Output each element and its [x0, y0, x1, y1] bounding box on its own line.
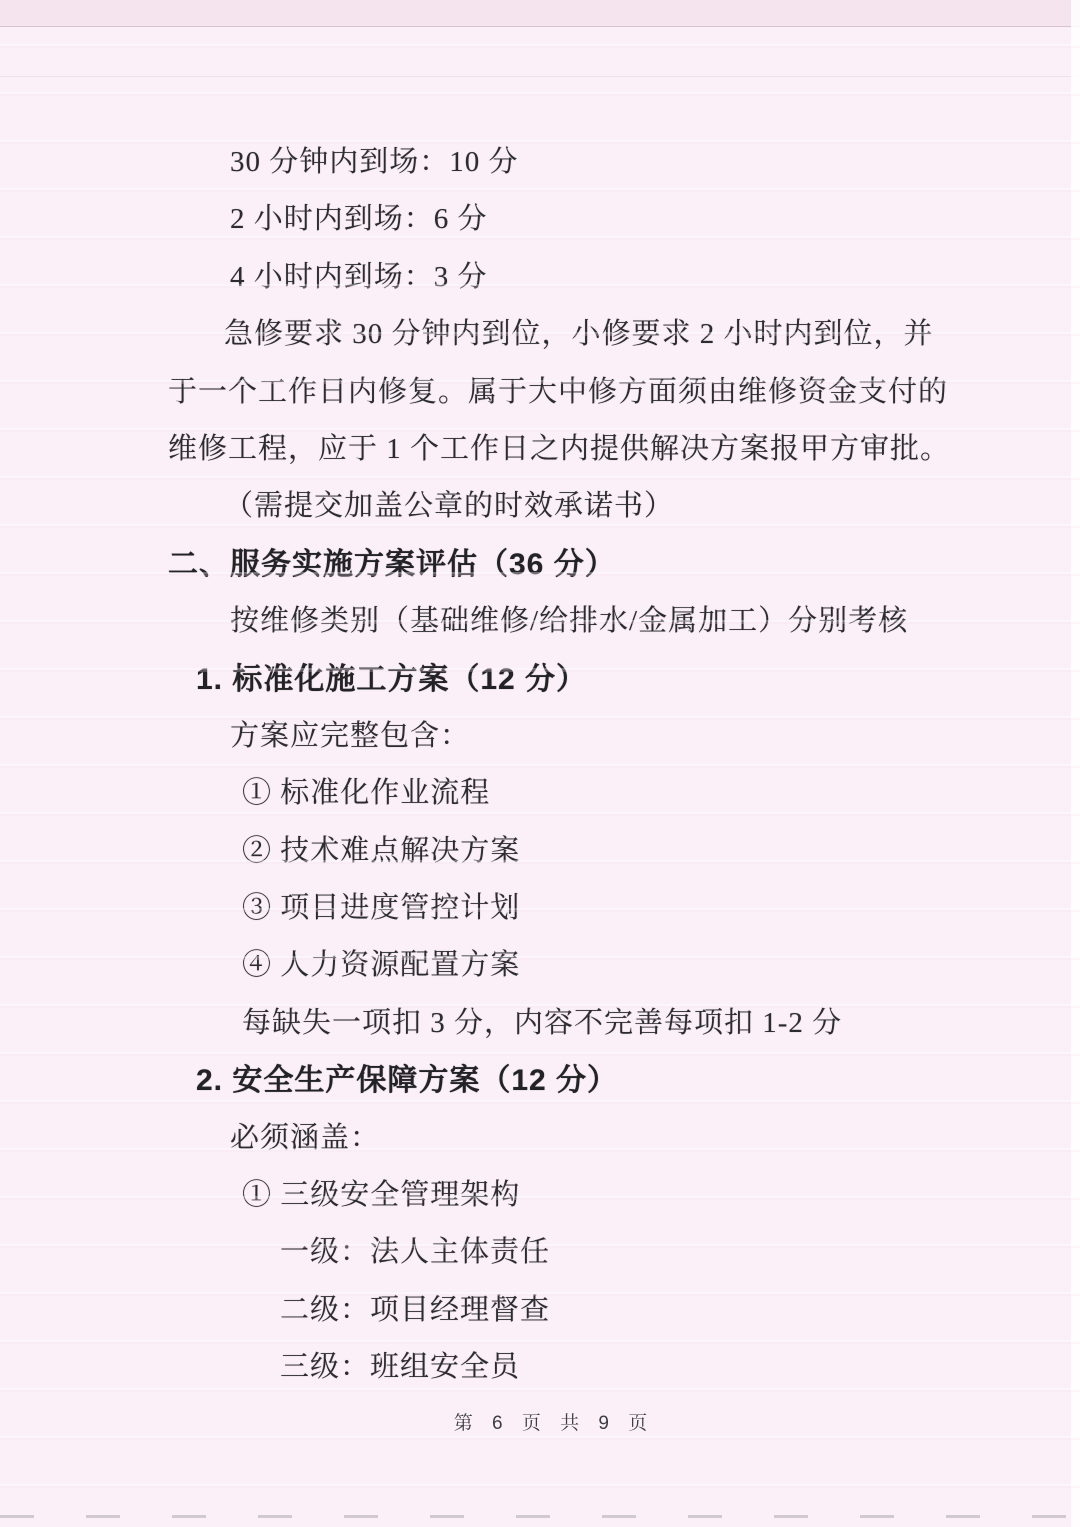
- text-line: 2. 安全生产保障方案（12 分）: [0, 1052, 1080, 1109]
- text-line: 一级：法人主体责任: [0, 1224, 1080, 1281]
- text-line: 二、服务实施方案评估（36 分）: [0, 536, 1080, 593]
- scan-edge-strip: [1071, 0, 1080, 1527]
- text-line: 二级：项目经理督查: [0, 1282, 1080, 1339]
- text-line: 急修要求 30 分钟内到位，小修要求 2 小时内到位，并: [0, 306, 1080, 363]
- text-line: （需提交加盖公章的时效承诺书）: [0, 478, 1080, 535]
- scanned-document-page: 30 分钟内到场：10 分2 小时内到场：6 分4 小时内到场：3 分急修要求 …: [0, 0, 1080, 1527]
- text-line: ② 技术难点解决方案: [0, 823, 1080, 880]
- text-line: 按维修类别（基础维修/给排水/金属加工）分别考核: [0, 593, 1080, 650]
- text-line: 2 小时内到场：6 分: [0, 191, 1080, 248]
- text-line: 必须涵盖：: [0, 1110, 1080, 1167]
- text-line: 30 分钟内到场：10 分: [0, 134, 1080, 191]
- text-line: ③ 项目进度管控计划: [0, 880, 1080, 937]
- text-line: 三级：班组安全员: [0, 1339, 1080, 1396]
- text-line: 每缺失一项扣 3 分，内容不完善每项扣 1-2 分: [0, 995, 1080, 1052]
- document-body: 30 分钟内到场：10 分2 小时内到场：6 分4 小时内到场：3 分急修要求 …: [0, 0, 1080, 1397]
- text-line: 方案应完整包含：: [0, 708, 1080, 765]
- text-line: 维修工程，应于 1 个工作日之内提供解决方案报甲方审批。: [0, 421, 1080, 478]
- text-line: 4 小时内到场：3 分: [0, 249, 1080, 306]
- text-line: ① 标准化作业流程: [0, 765, 1080, 822]
- text-line: 于一个工作日内修复。属于大中修方面须由维修资金支付的: [0, 364, 1080, 421]
- scan-artifact-bottom-edge: [0, 1515, 1080, 1518]
- text-line: ④ 人力资源配置方案: [0, 937, 1080, 994]
- text-line: 1. 标准化施工方案（12 分）: [0, 651, 1080, 708]
- text-line: ① 三级安全管理架构: [0, 1167, 1080, 1224]
- page-number-footer: 第 6 页 共 9 页: [14, 1408, 1080, 1435]
